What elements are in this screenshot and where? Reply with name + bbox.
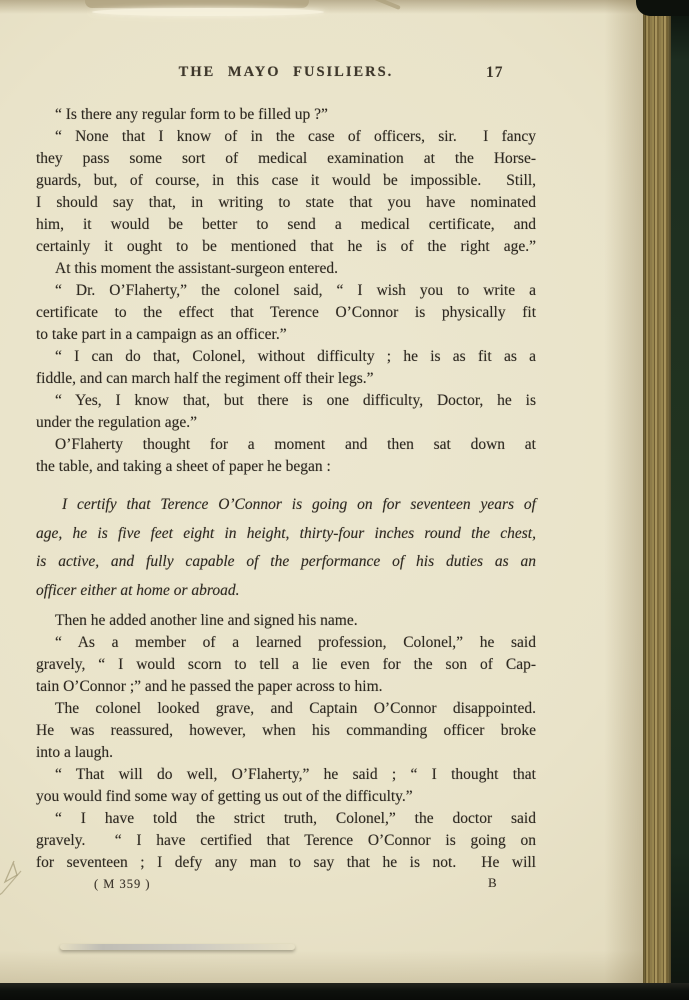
running-title: THE MAYO FUSILIERS. xyxy=(36,64,536,81)
under-page-edge xyxy=(60,944,295,950)
text-line: you would find some way of getting us ou… xyxy=(36,786,536,808)
text-line: tain O’Connor ;” and he passed the paper… xyxy=(36,676,536,698)
fore-edge-pages xyxy=(643,0,671,1000)
running-header: THE MAYO FUSILIERS. 17 xyxy=(36,64,536,84)
text-line: fiddle, and can march half the regiment … xyxy=(36,368,536,390)
text-line: the table, and taking a sheet of paper h… xyxy=(36,456,536,478)
text-line: certainly it ought to be mentioned that … xyxy=(36,236,536,258)
text-line: I should say that, in writing to state t… xyxy=(36,192,536,214)
bottom-cover-band xyxy=(0,983,689,1000)
text-line: gravely, “ I would scorn to tell a lie e… xyxy=(36,654,536,676)
text-line: “ Dr. O’Flaherty,” the colonel said, “ I… xyxy=(36,280,536,302)
pencil-mark-icon xyxy=(0,856,26,902)
printers-key: ( M 359 ) xyxy=(94,877,151,891)
text-line: certificate to the effect that Terence O… xyxy=(36,302,536,324)
text-line: gravely. “ I have certified that Terence… xyxy=(36,830,536,852)
text-line: “ Yes, I know that, but there is one dif… xyxy=(36,390,536,412)
previous-page-edge xyxy=(85,0,309,8)
text-line: into a laugh. xyxy=(36,742,536,764)
text-line: “ I can do that, Colonel, without diffic… xyxy=(36,346,536,368)
text-line: At this moment the assistant-surgeon ent… xyxy=(36,258,536,280)
text-line: “ I have told the strict truth, Colonel,… xyxy=(36,808,536,830)
page-top-highlight xyxy=(92,8,324,16)
text-line: him, it would be better to send a medica… xyxy=(36,214,536,236)
book-cover-edge xyxy=(671,0,689,1000)
page-text: “ Is there any regular form to be filled… xyxy=(36,104,536,874)
text-line: to take part in a campaign as an officer… xyxy=(36,324,536,346)
certificate-passage: I certify that Terence O’Connor is going… xyxy=(36,491,536,605)
certificate-line: officer either at home or abroad. xyxy=(36,577,536,606)
text-line: “ As a member of a learned profession, C… xyxy=(36,632,536,654)
text-line: they pass some sort of medical examinati… xyxy=(36,148,536,170)
certificate-line: age, he is five feet eight in height, th… xyxy=(36,520,536,549)
text-line: “ That will do well, O’Flaherty,” he sai… xyxy=(36,764,536,786)
text-line: for seventeen ; I defy any man to say th… xyxy=(36,852,536,874)
book-page: THE MAYO FUSILIERS. 17 “ Is there any re… xyxy=(0,0,643,1000)
certificate-line: is active, and fully capable of the perf… xyxy=(36,548,536,577)
text-line: “ None that I know of in the case of off… xyxy=(36,126,536,148)
text-line: He was reassured, however, when his comm… xyxy=(36,720,536,742)
signature-mark: B xyxy=(488,875,497,891)
certificate-line: I certify that Terence O’Connor is going… xyxy=(36,491,536,520)
scanned-book-photo: THE MAYO FUSILIERS. 17 “ Is there any re… xyxy=(0,0,689,1000)
text-line: under the regulation age.” xyxy=(36,412,536,434)
text-line: “ Is there any regular form to be filled… xyxy=(36,104,536,126)
text-line: Then he added another line and signed hi… xyxy=(36,610,536,632)
top-right-shadow xyxy=(636,0,689,16)
text-line: O’Flaherty thought for a moment and then… xyxy=(36,434,536,456)
text-line: guards, but, of course, in this case it … xyxy=(36,170,536,192)
page-number: 17 xyxy=(486,64,504,82)
text-line: The colonel looked grave, and Captain O’… xyxy=(36,698,536,720)
page-footer: ( M 359 ) B xyxy=(36,877,536,892)
